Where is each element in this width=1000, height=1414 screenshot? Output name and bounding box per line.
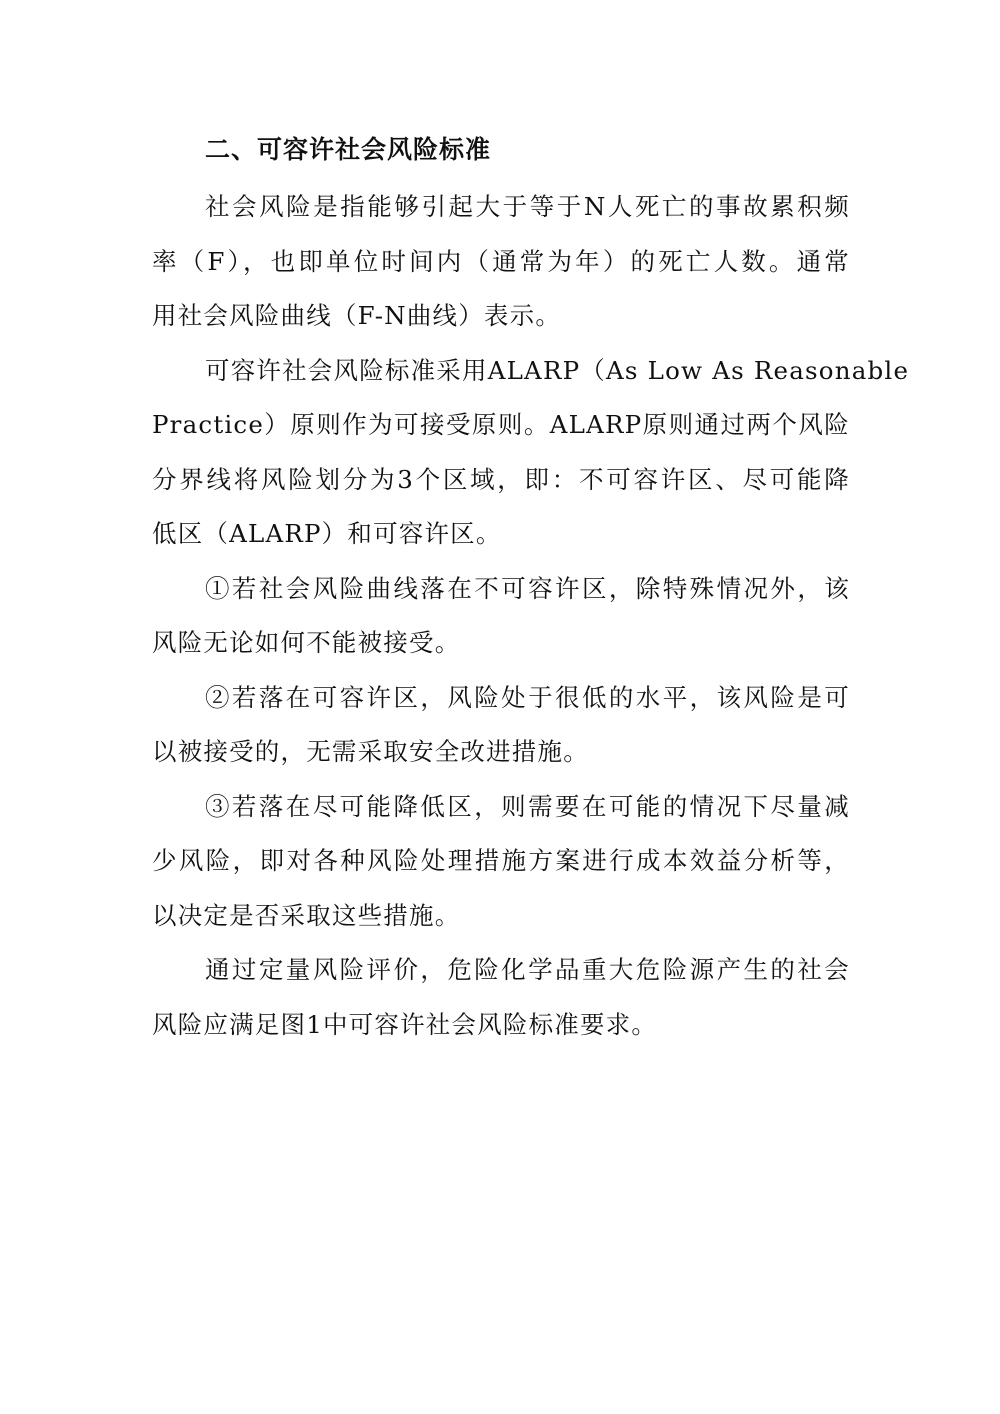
- paragraph-line: ②若落在可容许区，风险处于很低的水平，该风险是可: [152, 671, 850, 726]
- paragraph-line: 以被接受的，无需采取安全改进措施。: [152, 725, 850, 780]
- paragraph-line: 可容许社会风险标准采用ALARP（As Low As Reasonable: [152, 344, 850, 399]
- paragraph-line: 少风险，即对各种风险处理措施方案进行成本效益分析等，: [152, 834, 850, 889]
- paragraph-line: ①若社会风险曲线落在不可容许区，除特殊情况外，该: [152, 562, 850, 617]
- paragraph-line: 风险无论如何不能被接受。: [152, 616, 850, 671]
- section-heading: 二、可容许社会风险标准: [152, 128, 850, 172]
- paragraph-conclusion: 通过定量风险评价，危险化学品重大危险源产生的社会 风险应满足图1中可容许社会风险…: [152, 943, 850, 1052]
- paragraph-line: 风险应满足图1中可容许社会风险标准要求。: [152, 998, 850, 1053]
- document-page: 二、可容许社会风险标准 社会风险是指能够引起大于等于N人死亡的事故累积频 率（F…: [152, 128, 850, 1052]
- paragraph-line: 率（F），也即单位时间内（通常为年）的死亡人数。通常: [152, 235, 850, 290]
- paragraph-line: 分界线将风险划分为3个区域，即：不可容许区、尽可能降: [152, 453, 850, 508]
- paragraph-line: 低区（ALARP）和可容许区。: [152, 507, 850, 562]
- paragraph-item-2: ②若落在可容许区，风险处于很低的水平，该风险是可 以被接受的，无需采取安全改进措…: [152, 671, 850, 780]
- paragraph-line: Practice）原则作为可接受原则。ALARP原则通过两个风险: [152, 398, 850, 453]
- paragraph-definition: 社会风险是指能够引起大于等于N人死亡的事故累积频 率（F），也即单位时间内（通常…: [152, 180, 850, 344]
- paragraph-line: ③若落在尽可能降低区，则需要在可能的情况下尽量减: [152, 780, 850, 835]
- paragraph-line: 用社会风险曲线（F-N曲线）表示。: [152, 289, 850, 344]
- paragraph-item-3: ③若落在尽可能降低区，则需要在可能的情况下尽量减 少风险，即对各种风险处理措施方…: [152, 780, 850, 944]
- paragraph-item-1: ①若社会风险曲线落在不可容许区，除特殊情况外，该 风险无论如何不能被接受。: [152, 562, 850, 671]
- paragraph-line: 社会风险是指能够引起大于等于N人死亡的事故累积频: [152, 180, 850, 235]
- paragraph-line: 以决定是否采取这些措施。: [152, 889, 850, 944]
- paragraph-line: 通过定量风险评价，危险化学品重大危险源产生的社会: [152, 943, 850, 998]
- paragraph-alarp: 可容许社会风险标准采用ALARP（As Low As Reasonable Pr…: [152, 344, 850, 562]
